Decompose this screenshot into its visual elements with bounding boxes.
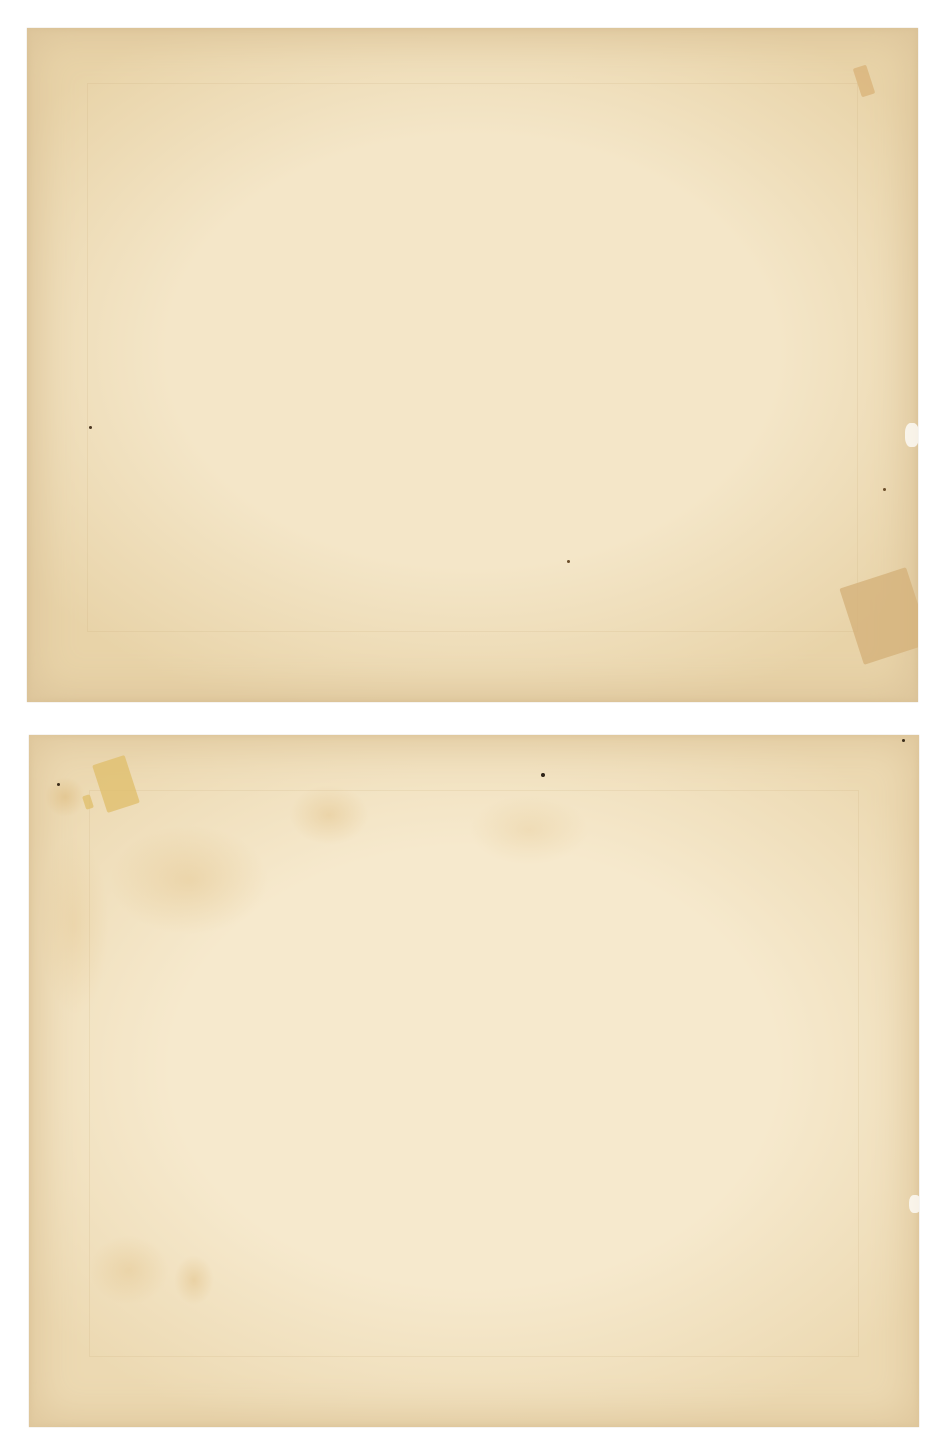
paper-tone — [27, 28, 918, 702]
top-sheet — [27, 28, 918, 702]
paper-tone — [29, 735, 919, 1427]
bottom-sheet — [29, 735, 919, 1427]
